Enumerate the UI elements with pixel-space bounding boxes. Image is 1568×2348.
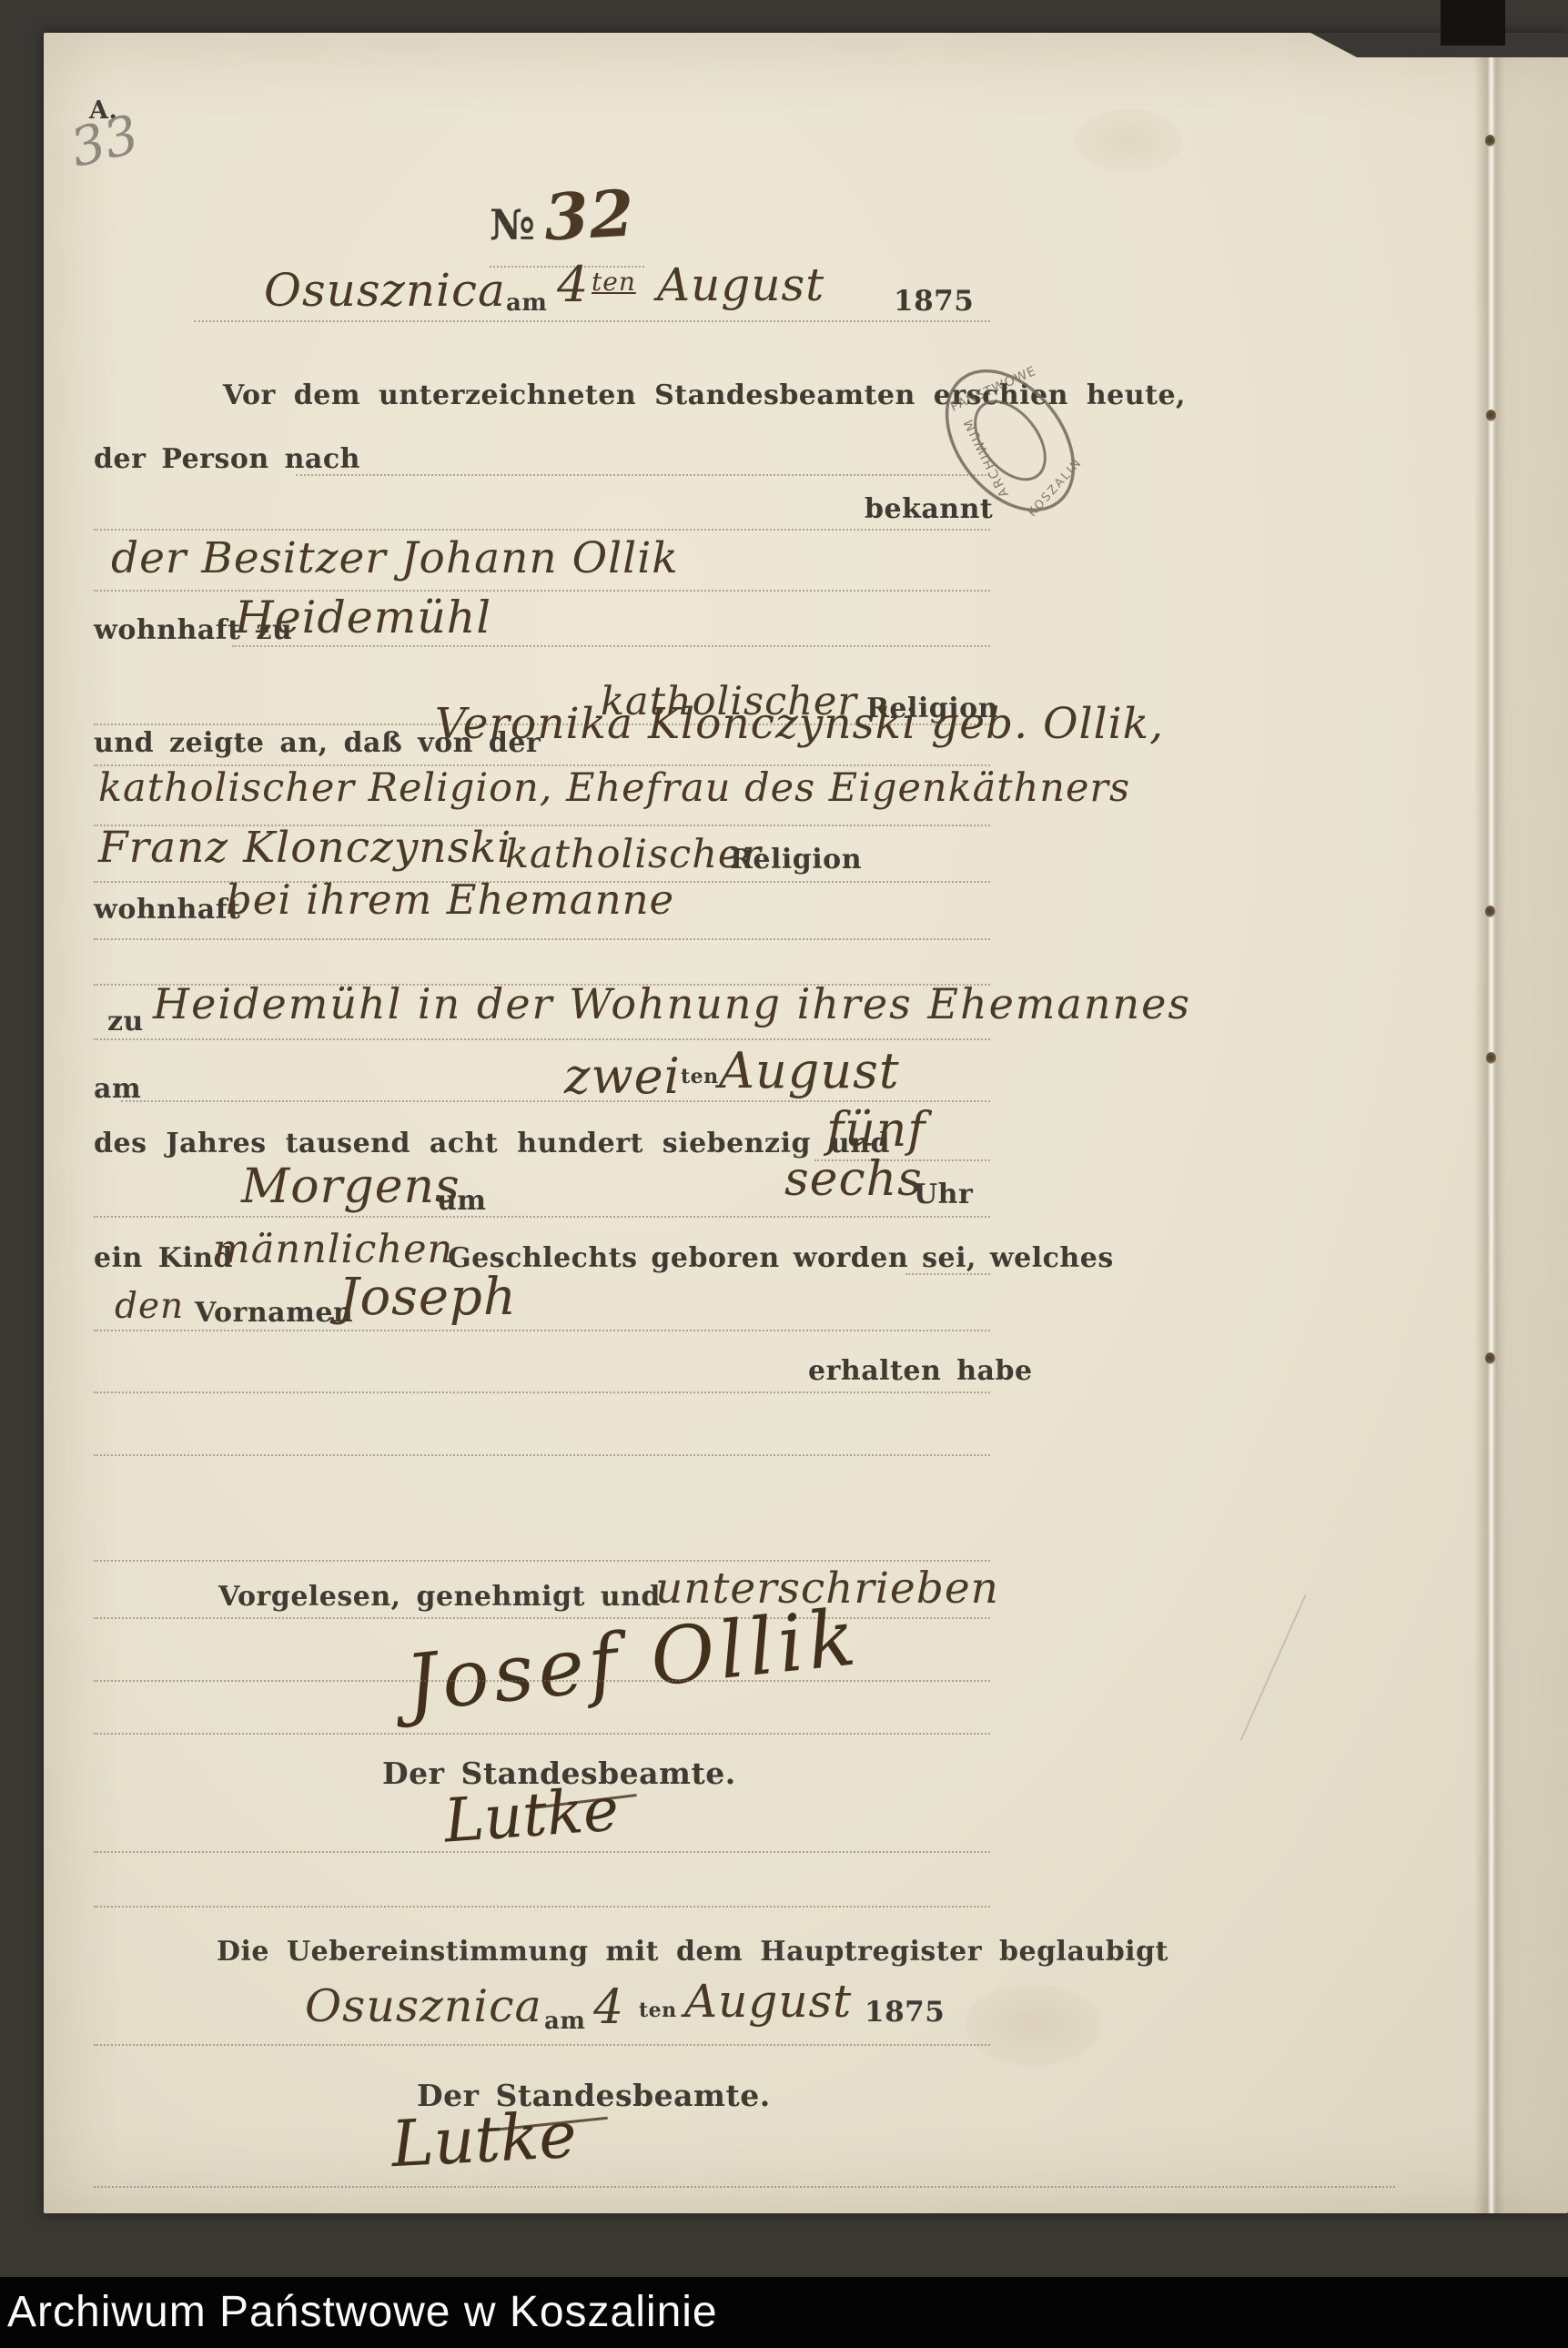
registrar-signature: Lutke bbox=[442, 1779, 621, 1851]
dateline-month: August bbox=[657, 262, 824, 308]
dotted-rule bbox=[94, 1454, 990, 1456]
birthtime-um-label: um bbox=[437, 1188, 487, 1215]
birthdate-day-suffix: ten bbox=[681, 1067, 719, 1087]
book-spine-edge bbox=[1443, 43, 1502, 58]
dotted-rule bbox=[905, 1273, 990, 1275]
archive-oval-stamp: ARCHIWUM PAŃSTWOWE KOSZALIN bbox=[936, 353, 1085, 528]
declarant-name-line: der Besitzer Johann Ollik bbox=[111, 537, 679, 580]
certification-year: 1875 bbox=[865, 1999, 945, 2027]
dotted-rule bbox=[94, 1216, 990, 1218]
dotted-rule bbox=[94, 1038, 990, 1040]
stitch-hole bbox=[1486, 410, 1496, 421]
dateline-place: Osusznica bbox=[264, 268, 506, 313]
forename-label: Vornamen bbox=[195, 1300, 353, 1327]
dotted-rule bbox=[94, 938, 990, 940]
father-religion-value: katholischer bbox=[505, 835, 762, 875]
child-gender: männlichen bbox=[213, 1230, 453, 1270]
forename-article: den bbox=[115, 1289, 184, 1324]
declarant-residence-value: Heidemühl bbox=[235, 595, 491, 640]
mother-residence-label: wohnhaft bbox=[94, 896, 240, 924]
mother-name: Veronika Klonczynski geb. Ollik, bbox=[435, 703, 1164, 745]
stamp-text-koszalin: KOSZALIN bbox=[1026, 456, 1085, 520]
dotted-rule bbox=[94, 2044, 990, 2046]
dotted-rule bbox=[94, 1392, 990, 1393]
birthyear-value: fünf bbox=[826, 1107, 926, 1154]
book-spine bbox=[1441, 0, 1505, 46]
dateline-am-label: am bbox=[506, 291, 547, 315]
dotted-rule bbox=[94, 1851, 990, 1853]
child-clause-post: Geschlechts geboren worden sei, welches bbox=[448, 1245, 1114, 1272]
birthplace-zu-label: zu bbox=[107, 1008, 144, 1036]
certification-registrar-signature: Lutke bbox=[389, 2103, 578, 2177]
scanned-document-photo: A. 33 № 32 Osusznica am 4 ten August 187… bbox=[0, 0, 1568, 2348]
dotted-rule bbox=[232, 645, 990, 647]
mother-residence-value: bei ihrem Ehemanne bbox=[226, 879, 674, 920]
closing-read-label: Vorgelesen, genehmigt und bbox=[218, 1584, 661, 1611]
dateline-day-suffix: ten bbox=[592, 269, 636, 295]
dotted-rule bbox=[94, 1680, 990, 1682]
dotted-rule bbox=[121, 1100, 990, 1102]
stitch-hole bbox=[1485, 906, 1495, 917]
father-religion-label: Religion bbox=[730, 846, 862, 874]
birthdate-month: August bbox=[719, 1047, 900, 1096]
stitch-hole bbox=[1486, 1052, 1496, 1064]
certification-place: Osusznica bbox=[305, 1984, 542, 2029]
dotted-rule bbox=[94, 1560, 990, 1562]
birthdate-day: zwei bbox=[564, 1052, 681, 1101]
dotted-rule bbox=[94, 1733, 990, 1735]
record-number-label: № bbox=[490, 204, 536, 246]
record-page bbox=[44, 33, 1568, 2213]
certification-line: Die Uebereinstimmung mit dem Hauptregist… bbox=[217, 1938, 1168, 1966]
dotted-rule bbox=[94, 529, 990, 531]
stamp-text-archiwum: ARCHIWUM bbox=[961, 415, 1012, 500]
birthtime-period: Morgens bbox=[241, 1163, 460, 1210]
mother-religion-status: katholischer Religion, Ehefrau des Eigen… bbox=[98, 769, 1130, 808]
certification-day: 4 bbox=[593, 1984, 624, 2031]
dotted-rule bbox=[94, 1906, 990, 1908]
child-forename: Joseph bbox=[339, 1272, 517, 1323]
archive-caption-bar: Archiwum Państwowe w Koszalinie bbox=[0, 2277, 1568, 2348]
dateline-day: 4 bbox=[557, 260, 589, 309]
received-label: erhalten habe bbox=[808, 1358, 1033, 1385]
birthtime-uhr-label: Uhr bbox=[914, 1181, 973, 1209]
stitch-hole bbox=[1485, 135, 1495, 147]
dotted-rule bbox=[94, 590, 990, 592]
birthplace-value: Heidemühl in der Wohnung ihres Ehemannes bbox=[153, 983, 1191, 1025]
certification-day-suffix: ten bbox=[639, 2000, 677, 2020]
certification-month: August bbox=[684, 1979, 852, 2024]
record-number-value: 32 bbox=[542, 181, 636, 249]
binding-crease bbox=[1474, 33, 1505, 2213]
dotted-rule bbox=[296, 474, 990, 476]
birthtime-hour: sechs bbox=[784, 1156, 923, 1203]
dotted-rule bbox=[194, 320, 990, 322]
father-name: Franz Klonczynski bbox=[98, 826, 511, 869]
birthyear-label: des Jahres tausend acht hundert siebenzi… bbox=[94, 1130, 890, 1158]
certification-am-label: am bbox=[544, 2009, 585, 2033]
birthdate-am-label: am bbox=[94, 1076, 141, 1103]
identity-clause-label: der Person nach bbox=[94, 446, 360, 473]
dateline-year: 1875 bbox=[894, 288, 974, 316]
dotted-rule bbox=[94, 1330, 990, 1331]
stitch-hole bbox=[1485, 1352, 1495, 1364]
dotted-rule bbox=[94, 2186, 1395, 2188]
pencil-folio-number: 33 bbox=[66, 107, 144, 175]
archive-name-label: Archiwum Państwowe w Koszalinie bbox=[7, 2287, 718, 2337]
